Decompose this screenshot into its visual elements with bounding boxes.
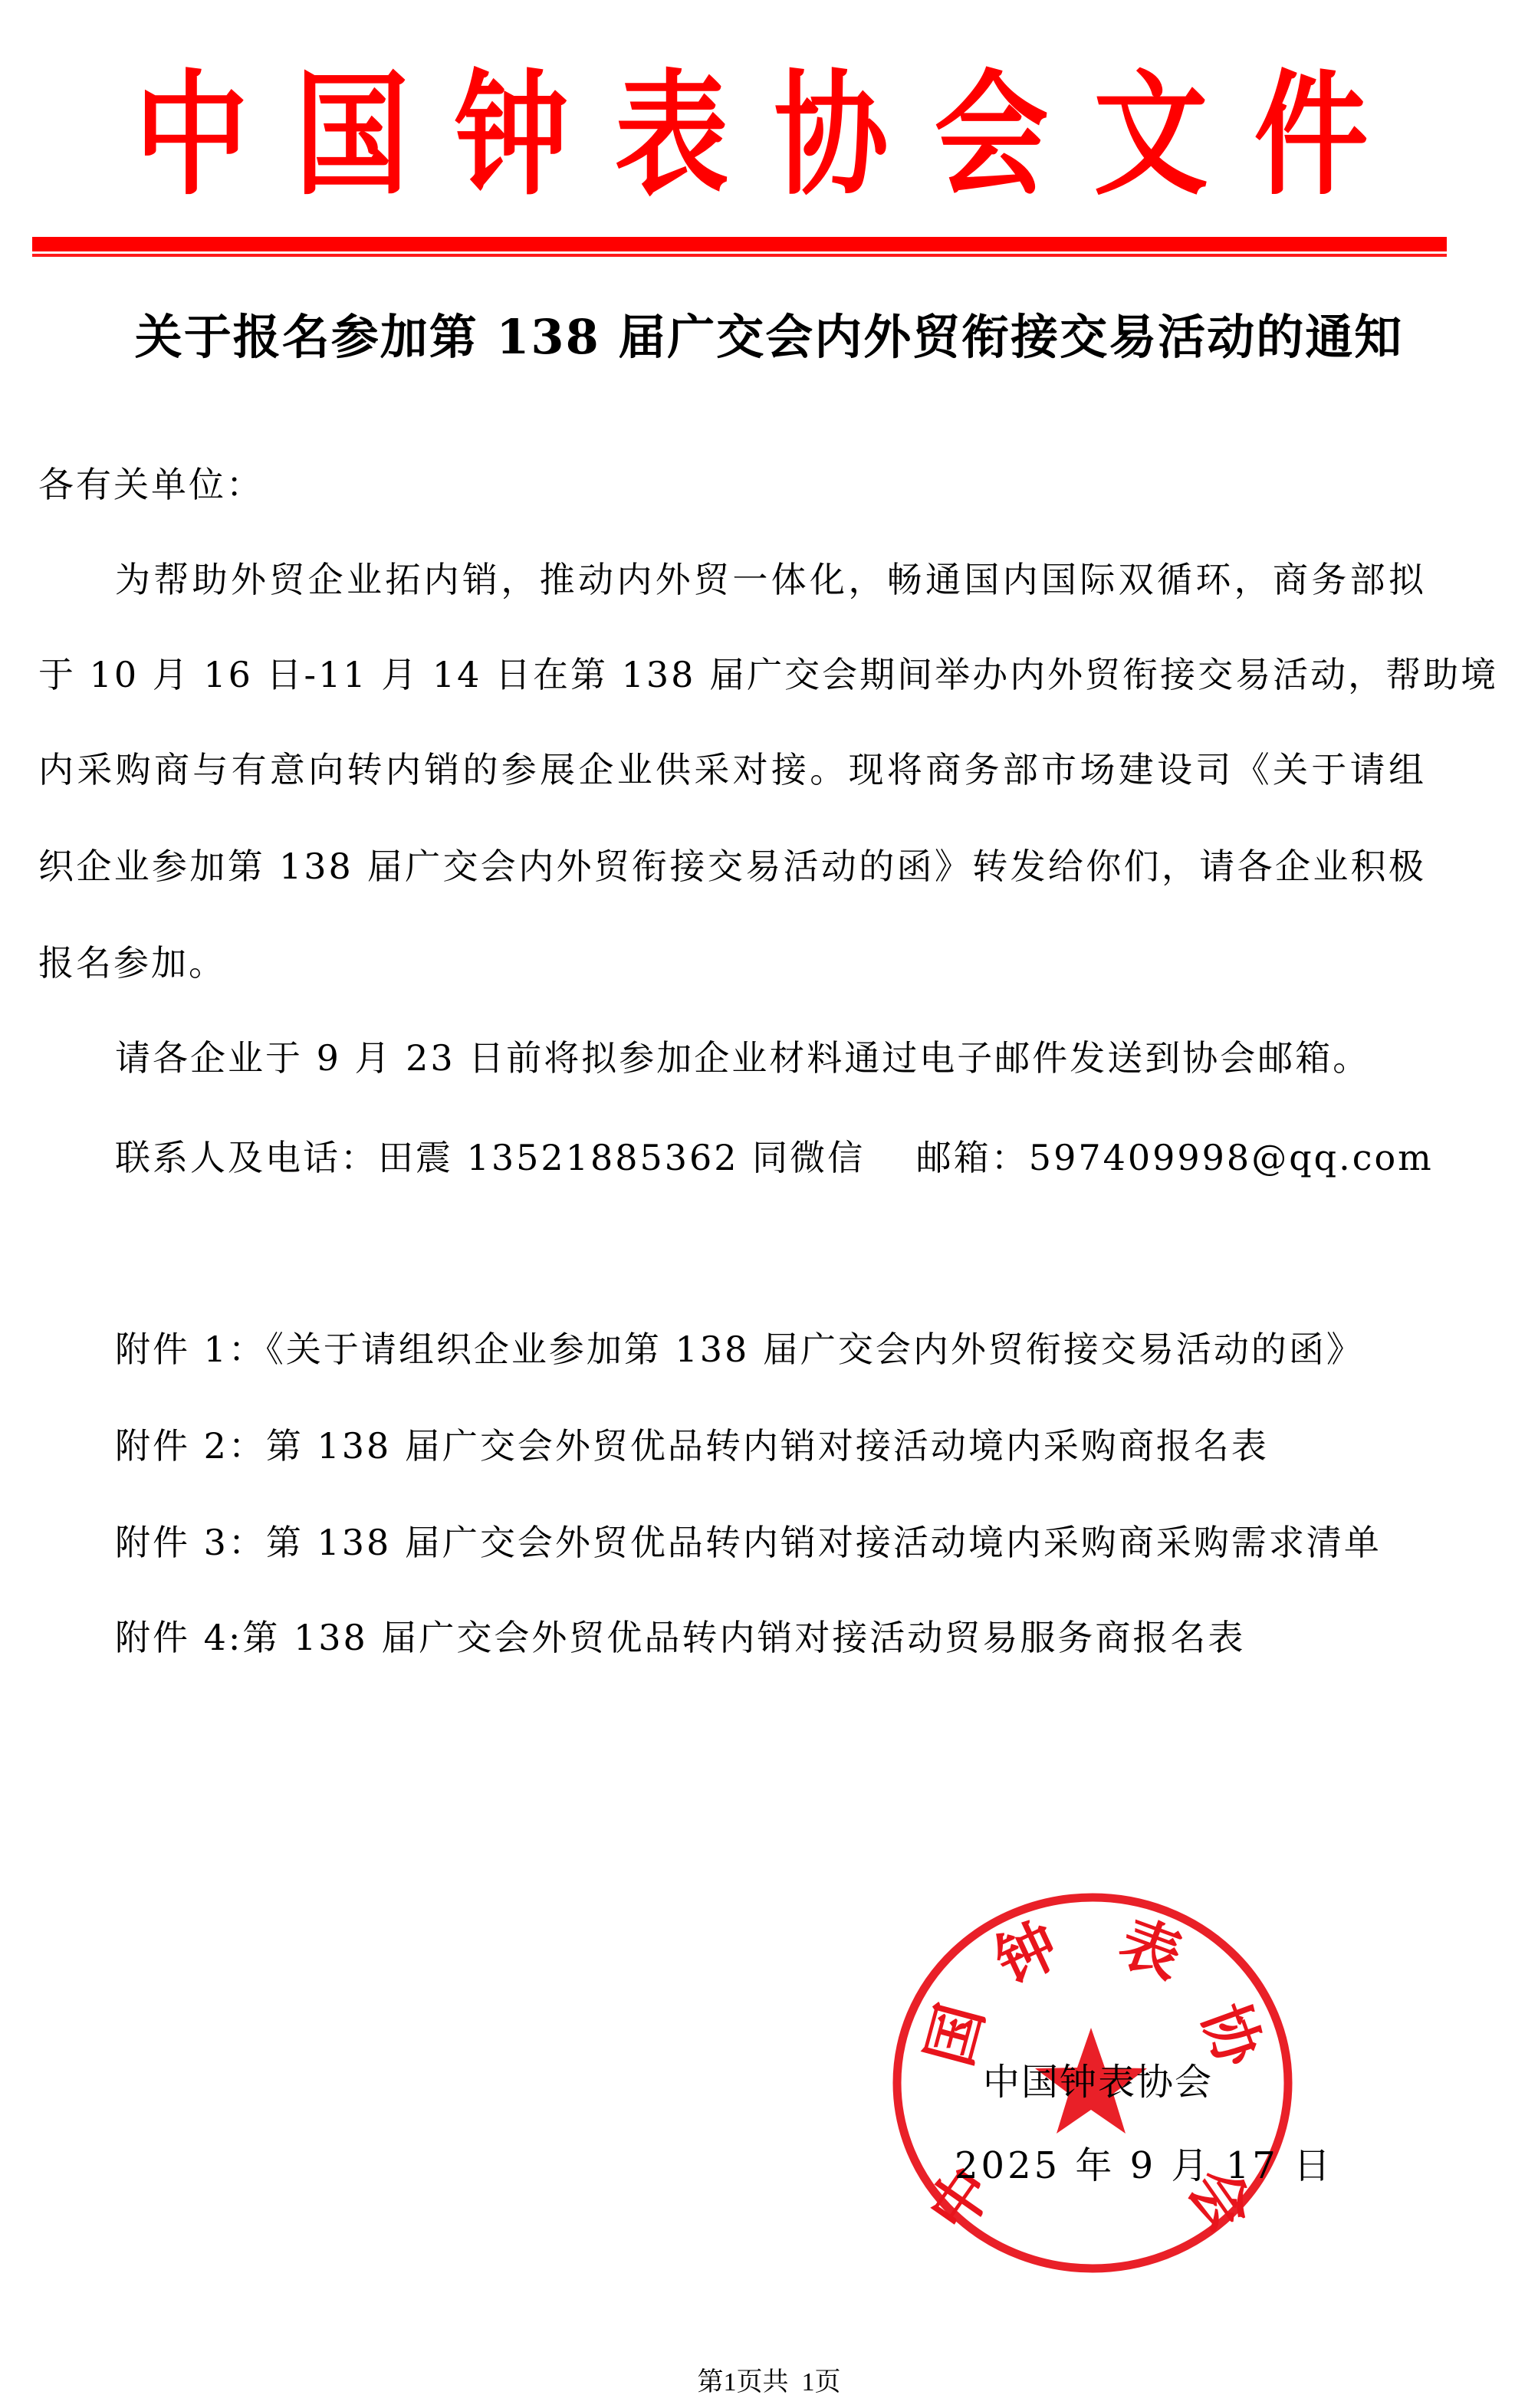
attachment-item: 附件 2：第 138 届广交会外贸优品转内销对接活动境内采购商报名表 [115, 1423, 1269, 1469]
header-divider-thin [32, 254, 1447, 257]
submission-deadline: 请各企业于 9 月 23 日前将拟参加企业材料通过电子邮件发送到协会邮箱。 [115, 1035, 1370, 1081]
page-number: 第1页共 1页 [0, 2367, 1538, 2398]
header-char: 中 [132, 69, 252, 203]
attachment-item: 附件 4:第 138 届广交会外贸优品转内销对接活动贸易服务商报名表 [115, 1615, 1245, 1661]
document-title: 关于报名参加第 138 届广交会内外贸衔接交易活动的通知 [0, 307, 1538, 368]
paragraph-line: 报名参加。 [38, 940, 1426, 986]
salutation: 各有关单位： [38, 462, 264, 508]
signature-date: 2025 年 9 月 17 日 [955, 2143, 1333, 2189]
paragraph-line: 于 10 月 16 日-11 月 14 日在第 138 届广交会期间举办内外贸衔… [38, 652, 1426, 698]
paragraph-line: 织企业参加第 138 届广交会内外贸衔接交易活动的函》转发给你们，请各企业积极 [38, 843, 1426, 889]
header-divider-thick [32, 237, 1447, 251]
header-char: 文 [1091, 69, 1211, 203]
paragraph-line: 内采购商与有意向转内销的参展企业供采对接。现将商务部市场建设司《关于请组 [38, 747, 1426, 793]
attachment-item: 附件 3：第 138 届广交会外贸优品转内销对接活动境内采购商采购需求清单 [115, 1519, 1382, 1565]
signature-organization: 中国钟表协会 [983, 2059, 1213, 2105]
header-char: 国 [291, 69, 412, 203]
header-char: 表 [611, 69, 731, 203]
document-header: 中 国 钟 表 协 会 文 件 [130, 55, 1372, 216]
contact-info: 联系人及电话：田震 13521885362 同微信 邮箱：597409998@q… [115, 1135, 1434, 1181]
header-char: 件 [1251, 69, 1372, 203]
attachment-item: 附件 1：《关于请组织企业参加第 138 届广交会内外贸衔接交易活动的函》 [115, 1326, 1364, 1372]
header-char: 协 [771, 69, 892, 203]
paragraph-line: 为帮助外贸企业拓内销，推动内外贸一体化，畅通国内国际双循环，商务部拟 [115, 557, 1426, 603]
header-char: 钟 [452, 69, 572, 203]
header-char: 会 [931, 69, 1051, 203]
